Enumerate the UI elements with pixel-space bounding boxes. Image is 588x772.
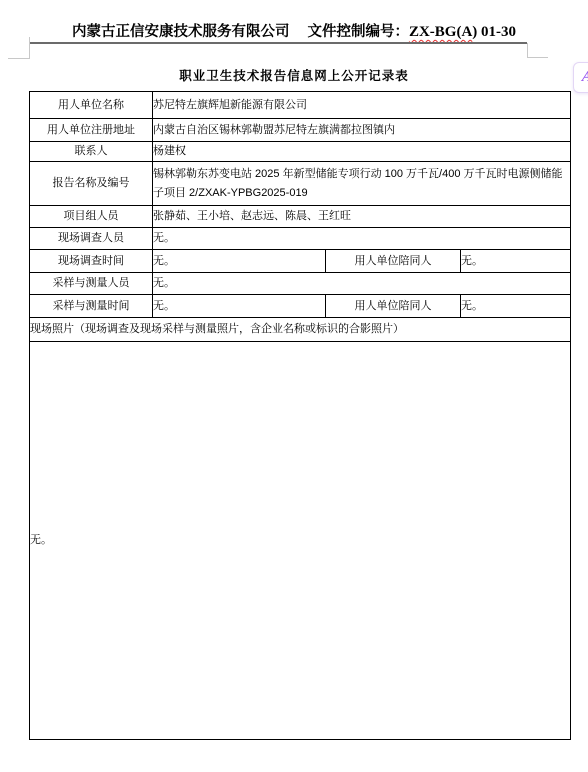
row-value: 内蒙古自治区锡林郭勒盟苏尼特左旗满都拉图镇内: [153, 119, 571, 142]
table-row: 用人单位注册地址 内蒙古自治区锡林郭勒盟苏尼特左旗满都拉图镇内: [30, 119, 571, 142]
table-row-photo-header: 现场照片（现场调查及现场采样与测量照片，含企业名称或标识的合影照片）: [30, 318, 571, 342]
row-label: 用人单位名称: [30, 92, 153, 119]
row-value: 杨建权: [153, 142, 571, 162]
table-row: 报告名称及编号 锡林郭勒东苏变电站 2025 年新型储能专项行动 100 万千瓦…: [30, 162, 571, 206]
table-row: 采样与测量时间 无。 用人单位陪同人 无。: [30, 295, 571, 318]
doc-control-code-flagged: ZX-BG(A: [409, 24, 472, 40]
margin-crop-mark-left-h: [8, 58, 29, 59]
row-label: 现场调查人员: [30, 228, 153, 250]
doc-control-code-rest: ) 01-30: [472, 24, 516, 40]
row-value: 无。: [153, 228, 571, 250]
row-label: 现场调查时间: [30, 250, 153, 273]
photo-section-header: 现场照片（现场调查及现场采样与测量照片，含企业名称或标识的合影照片）: [30, 318, 571, 342]
table-row: 用人单位名称 苏尼特左旗辉旭新能源有限公司: [30, 92, 571, 119]
photo-section-content: 无。: [30, 342, 571, 740]
margin-crop-mark-right-h: [527, 57, 548, 58]
header-bottom-rule: [29, 42, 527, 44]
row-label-secondary: 用人单位陪同人: [326, 250, 461, 273]
table-row: 现场调查人员 无。: [30, 228, 571, 250]
table-row-photo-body: 无。: [30, 342, 571, 740]
document-page: { "colors": { "squiggle_red": "#e53030",…: [0, 0, 588, 772]
translate-extension-button[interactable]: A: [573, 62, 588, 93]
row-label: 报告名称及编号: [30, 162, 153, 206]
row-value: 苏尼特左旗辉旭新能源有限公司: [153, 92, 571, 119]
row-value: 无。: [153, 295, 326, 318]
row-label: 项目组人员: [30, 206, 153, 228]
page-title: 职业卫生技术报告信息网上公开记录表: [0, 66, 588, 84]
row-value: 无。: [153, 250, 326, 273]
row-label-secondary: 用人单位陪同人: [326, 295, 461, 318]
row-label: 联系人: [30, 142, 153, 162]
doc-control-label: 文件控制编号：: [307, 24, 409, 40]
table-row: 现场调查时间 无。 用人单位陪同人 无。: [30, 250, 571, 273]
margin-crop-mark-right-v: [527, 43, 528, 58]
letter-a-icon: A: [582, 69, 588, 86]
row-value: 张静茹、王小培、赵志远、陈晨、王红旺: [153, 206, 571, 228]
row-label: 采样与测量人员: [30, 273, 153, 295]
row-label: 用人单位注册地址: [30, 119, 153, 142]
table-row: 采样与测量人员 无。: [30, 273, 571, 295]
row-value-secondary: 无。: [461, 295, 571, 318]
table-row: 项目组人员 张静茹、王小培、赵志远、陈晨、王红旺: [30, 206, 571, 228]
row-value: 无。: [153, 273, 571, 295]
record-form-table: 用人单位名称 苏尼特左旗辉旭新能源有限公司 用人单位注册地址 内蒙古自治区锡林郭…: [29, 91, 571, 740]
document-header: 内蒙古正信安康技术服务有限公司文件控制编号：ZX-BG(A) 01-30: [0, 20, 588, 41]
header-company-name: 内蒙古正信安康技术服务有限公司: [72, 24, 290, 40]
table-row: 联系人 杨建权: [30, 142, 571, 162]
margin-crop-mark-left-v: [29, 37, 30, 59]
row-value: 锡林郭勒东苏变电站 2025 年新型储能专项行动 100 万千瓦/400 万千瓦…: [153, 162, 571, 206]
row-value-secondary: 无。: [461, 250, 571, 273]
row-label: 采样与测量时间: [30, 295, 153, 318]
